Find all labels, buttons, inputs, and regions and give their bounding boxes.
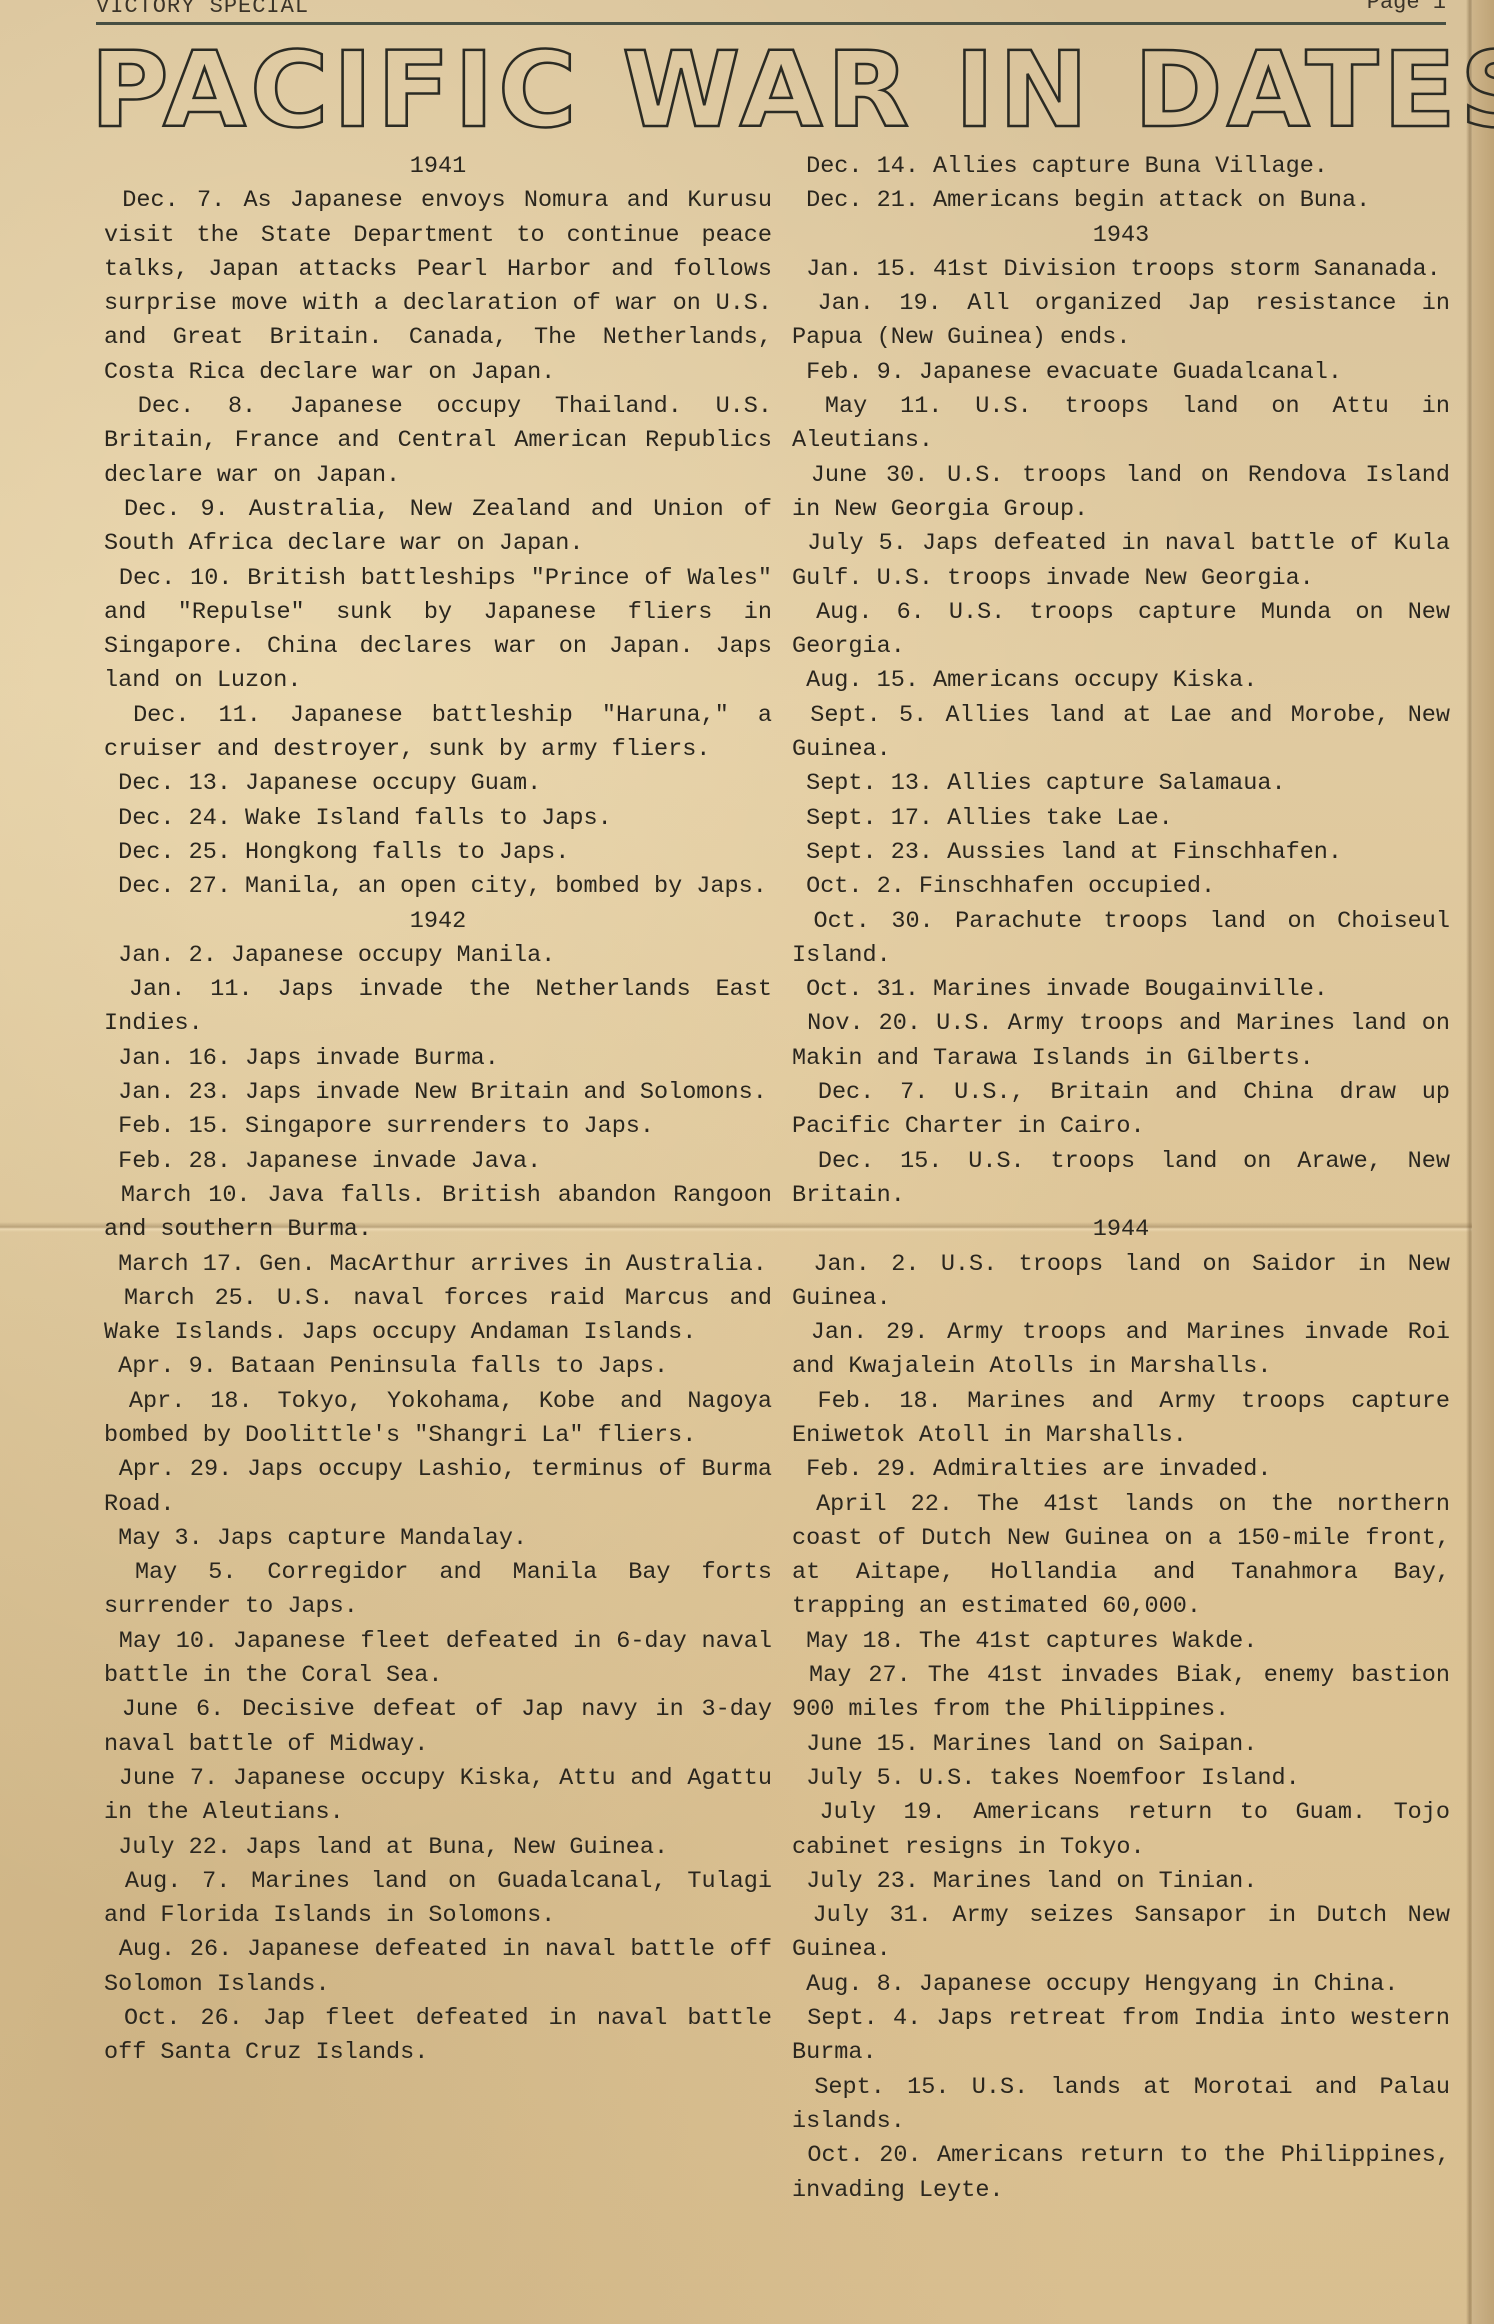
entry-text: Allies capture Salamaua. <box>947 770 1285 797</box>
entry-text: Gen. MacArthur arrives in Australia. <box>259 1251 767 1278</box>
entry-date: Jan. 2. <box>104 942 231 969</box>
timeline-entry: May 18. The 41st captures Wakde. <box>792 1625 1450 1659</box>
left-column: 1941 Dec. 7. As Japanese envoys Nomura a… <box>104 150 772 2071</box>
timeline-entry: May 5. Corregidor and Manila Bay forts s… <box>104 1556 772 1625</box>
timeline-entry: July 5. U.S. takes Noemfoor Island. <box>792 1762 1450 1796</box>
timeline-entry: March 25. U.S. naval forces raid Marcus … <box>104 1282 772 1351</box>
timeline-entry: Jan. 23. Japs invade New Britain and Sol… <box>104 1076 772 1110</box>
entry-date: Oct. 2. <box>792 873 919 900</box>
entry-date: May 11. <box>792 393 975 420</box>
entry-date: Oct. 31. <box>792 976 933 1003</box>
entry-date: Dec. 21. <box>792 187 933 214</box>
masthead: VICTORY SPECIAL Page 1 <box>96 0 1446 24</box>
entry-date: July 5. <box>792 530 922 557</box>
page-title: PACIFIC WAR IN DATES <box>90 30 1450 150</box>
timeline-entry: Oct. 20. Americans return to the Philipp… <box>792 2139 1450 2208</box>
timeline-entry: Feb. 9. Japanese evacuate Guadalcanal. <box>792 356 1450 390</box>
entry-date: March 10. <box>104 1182 267 1209</box>
entry-date: Oct. 30. <box>792 908 955 935</box>
entry-text: Japs invade New Britain and Solomons. <box>245 1079 767 1106</box>
entry-date: Aug. 15. <box>792 667 933 694</box>
entry-date: Apr. 18. <box>104 1388 277 1415</box>
timeline-entry: Apr. 9. Bataan Peninsula falls to Japs. <box>104 1350 772 1384</box>
timeline-entry: May 11. U.S. troops land on Attu in Aleu… <box>792 390 1450 459</box>
entry-date: May 18. <box>792 1628 919 1655</box>
timeline-entry: Oct. 26. Jap fleet defeated in naval bat… <box>104 2002 772 2071</box>
timeline-entry: June 7. Japanese occupy Kiska, Attu and … <box>104 1762 772 1831</box>
timeline-entry: July 19. Americans return to Guam. Tojo … <box>792 1796 1450 1865</box>
entry-date: Feb. 18. <box>792 1388 967 1415</box>
entry-date: Dec. 15. <box>792 1148 968 1175</box>
timeline-entry: Aug. 7. Marines land on Guadalcanal, Tul… <box>104 1865 772 1934</box>
entry-date: Jan. 19. <box>792 290 967 317</box>
timeline-entry: Dec. 7. As Japanese envoys Nomura and Ku… <box>104 184 772 390</box>
timeline-entry: Dec. 24. Wake Island falls to Japs. <box>104 802 772 836</box>
timeline-entry: Sept. 5. Allies land at Lae and Morobe, … <box>792 699 1450 768</box>
entry-text: Hongkong falls to Japs. <box>245 839 569 866</box>
timeline-entry: June 6. Decisive defeat of Jap navy in 3… <box>104 1693 772 1762</box>
entry-date: Feb. 28. <box>104 1148 245 1175</box>
entry-date: Feb. 9. <box>792 359 919 386</box>
timeline-entry: April 22. The 41st lands on the northern… <box>792 1488 1450 1625</box>
timeline-entry: Nov. 20. U.S. Army troops and Marines la… <box>792 1007 1450 1076</box>
timeline-entry: Oct. 31. Marines invade Bougainville. <box>792 973 1450 1007</box>
entry-date: Jan. 11. <box>104 976 277 1003</box>
entry-text: Bataan Peninsula falls to Japs. <box>231 1353 668 1380</box>
timeline-entry: Dec. 9. Australia, New Zealand and Union… <box>104 493 772 562</box>
entry-date: Dec. 27. <box>104 873 245 900</box>
entry-date: May 3. <box>104 1525 217 1552</box>
entry-text: The 41st captures Wakde. <box>919 1628 1257 1655</box>
masthead-rule <box>96 22 1446 25</box>
entry-text: Admiralties are invaded. <box>933 1456 1271 1483</box>
timeline-entry: Feb. 28. Japanese invade Java. <box>104 1145 772 1179</box>
entry-date: Sept. 23. <box>792 839 947 866</box>
entry-date: Jan. 15. <box>792 256 933 283</box>
entry-text: Singapore surrenders to Japs. <box>245 1113 654 1140</box>
entry-date: June 30. <box>792 462 947 489</box>
year-heading: 1942 <box>104 905 772 939</box>
timeline-entry: Sept. 13. Allies capture Salamaua. <box>792 767 1450 801</box>
timeline-entry: Jan. 29. Army troops and Marines invade … <box>792 1316 1450 1385</box>
timeline-entry: Sept. 17. Allies take Lae. <box>792 802 1450 836</box>
entry-text: Japs capture Mandalay. <box>217 1525 527 1552</box>
timeline-entry: May 27. The 41st invades Biak, enemy bas… <box>792 1659 1450 1728</box>
right-column: Dec. 14. Allies capture Buna Village. De… <box>792 150 1450 2208</box>
page-edge <box>1472 0 1494 2324</box>
timeline-entry: Aug. 26. Japanese defeated in naval batt… <box>104 1933 772 2002</box>
entry-text: Wake Island falls to Japs. <box>245 805 612 832</box>
year-heading: 1944 <box>792 1213 1450 1247</box>
timeline-entry: Aug. 6. U.S. troops capture Munda on New… <box>792 596 1450 665</box>
timeline-entry: Aug. 8. Japanese occupy Hengyang in Chin… <box>792 1968 1450 2002</box>
entry-date: Dec. 7. <box>104 187 243 214</box>
entry-date: May 5. <box>104 1559 267 1586</box>
entry-date: July 22. <box>104 1834 245 1861</box>
entry-date: Jan. 23. <box>104 1079 245 1106</box>
entry-text: Americans occupy Kiska. <box>933 667 1257 694</box>
entry-text: Japanese occupy Hengyang in China. <box>919 1971 1398 1998</box>
entry-date: Sept. 5. <box>792 702 946 729</box>
entry-text: 41st Division troops storm Sananada. <box>933 256 1441 283</box>
timeline-entry: March 10. Java falls. British abandon Ra… <box>104 1179 772 1248</box>
entry-date: March 17. <box>104 1251 259 1278</box>
timeline-entry: July 31. Army seizes Sansapor in Dutch N… <box>792 1899 1450 1968</box>
timeline-entry: Jan. 16. Japs invade Burma. <box>104 1042 772 1076</box>
entry-date: Dec. 10. <box>104 565 247 592</box>
timeline-entry: Feb. 29. Admiralties are invaded. <box>792 1453 1450 1487</box>
entry-text: Allies take Lae. <box>947 805 1173 832</box>
entry-date: July 23. <box>792 1868 933 1895</box>
timeline-entry: Feb. 18. Marines and Army troops capture… <box>792 1385 1450 1454</box>
entry-date: Apr. 29. <box>104 1456 247 1483</box>
publication-name: VICTORY SPECIAL <box>96 0 309 19</box>
entry-date: June 6. <box>104 1696 242 1723</box>
page-number: Page 1 <box>1367 0 1446 15</box>
timeline-entry: July 5. Japs defeated in naval battle of… <box>792 527 1450 596</box>
entry-date: Jan. 16. <box>104 1045 245 1072</box>
timeline-entry: June 30. U.S. troops land on Rendova Isl… <box>792 459 1450 528</box>
timeline-entry: Feb. 15. Singapore surrenders to Japs. <box>104 1110 772 1144</box>
entry-text: Japs land at Buna, New Guinea. <box>245 1834 668 1861</box>
entry-date: Aug. 26. <box>104 1936 247 1963</box>
entry-date: Aug. 6. <box>792 599 949 626</box>
entry-date: Dec. 8. <box>104 393 290 420</box>
timeline-entry: May 10. Japanese fleet defeated in 6-day… <box>104 1625 772 1694</box>
entry-date: Dec. 24. <box>104 805 245 832</box>
timeline-entry: Oct. 30. Parachute troops land on Choise… <box>792 905 1450 974</box>
entry-text: Japanese occupy Manila. <box>231 942 555 969</box>
entry-date: Aug. 8. <box>792 1971 919 1998</box>
timeline-entry: Sept. 23. Aussies land at Finschhafen. <box>792 836 1450 870</box>
timeline-entry: June 15. Marines land on Saipan. <box>792 1728 1450 1762</box>
year-heading: 1943 <box>792 219 1450 253</box>
entry-date: Nov. 20. <box>792 1010 936 1037</box>
entry-date: Sept. 13. <box>792 770 947 797</box>
entry-text: Japanese evacuate Guadalcanal. <box>919 359 1342 386</box>
entry-date: Dec. 7. <box>792 1079 954 1106</box>
entry-text: Aussies land at Finschhafen. <box>947 839 1342 866</box>
timeline-entry: Sept. 4. Japs retreat from India into we… <box>792 2002 1450 2071</box>
entry-text: Marines land on Tinian. <box>933 1868 1257 1895</box>
entry-date: July 31. <box>792 1902 952 1929</box>
timeline-entry: July 23. Marines land on Tinian. <box>792 1865 1450 1899</box>
timeline-entry: Jan. 19. All organized Jap resistance in… <box>792 287 1450 356</box>
entry-text: Americans begin attack on Buna. <box>933 187 1370 214</box>
entry-date: June 7. <box>104 1765 233 1792</box>
entry-date: Dec. 25. <box>104 839 245 866</box>
timeline-entry: Sept. 15. U.S. lands at Morotai and Pala… <box>792 2071 1450 2140</box>
timeline-entry: Jan. 15. 41st Division troops storm Sana… <box>792 253 1450 287</box>
timeline-entry: Aug. 15. Americans occupy Kiska. <box>792 664 1450 698</box>
entry-text: Japs invade Burma. <box>245 1045 499 1072</box>
entry-date: Dec. 11. <box>104 702 290 729</box>
entry-date: April 22. <box>792 1491 977 1518</box>
timeline-entry: Jan. 2. U.S. troops land on Saidor in Ne… <box>792 1248 1450 1317</box>
timeline-entry: Jan. 2. Japanese occupy Manila. <box>104 939 772 973</box>
timeline-entry: Dec. 7. U.S., Britain and China draw up … <box>792 1076 1450 1145</box>
timeline-entry: Dec. 25. Hongkong falls to Japs. <box>104 836 772 870</box>
entry-date: Dec. 13. <box>104 770 245 797</box>
entry-date: Dec. 14. <box>792 153 933 180</box>
entry-date: Jan. 2. <box>792 1251 941 1278</box>
timeline-entry: Dec. 15. U.S. troops land on Arawe, New … <box>792 1145 1450 1214</box>
year-heading: 1941 <box>104 150 772 184</box>
timeline-entry: July 22. Japs land at Buna, New Guinea. <box>104 1831 772 1865</box>
timeline-entry: Oct. 2. Finschhafen occupied. <box>792 870 1450 904</box>
entry-text: Japanese occupy Guam. <box>245 770 541 797</box>
entry-date: Dec. 9. <box>104 496 249 523</box>
timeline-entry: Dec. 11. Japanese battleship "Haruna," a… <box>104 699 772 768</box>
entry-text: Japanese invade Java. <box>245 1148 541 1175</box>
timeline-entry: Apr. 18. Tokyo, Yokohama, Kobe and Nagoy… <box>104 1385 772 1454</box>
entry-date: Aug. 7. <box>104 1868 251 1895</box>
entry-date: March 25. <box>104 1285 277 1312</box>
timeline-entry: Dec. 21. Americans begin attack on Buna. <box>792 184 1450 218</box>
entry-text: As Japanese envoys Nomura and Kurusu vis… <box>104 187 772 385</box>
entry-date: Oct. 20. <box>792 2142 937 2169</box>
timeline-entry: Dec. 13. Japanese occupy Guam. <box>104 767 772 801</box>
entry-date: July 5. <box>792 1765 919 1792</box>
entry-date: Oct. 26. <box>104 2005 263 2032</box>
entry-text: Marines land on Saipan. <box>933 1731 1257 1758</box>
entry-date: May 27. <box>792 1662 928 1689</box>
entry-date: Feb. 29. <box>792 1456 933 1483</box>
entry-date: May 10. <box>104 1628 233 1655</box>
entry-date: Feb. 15. <box>104 1113 245 1140</box>
timeline-entry: Apr. 29. Japs occupy Lashio, terminus of… <box>104 1453 772 1522</box>
entry-date: Sept. 4. <box>792 2005 937 2032</box>
entry-text: Manila, an open city, bombed by Japs. <box>245 873 767 900</box>
entry-text: Marines invade Bougainville. <box>933 976 1328 1003</box>
entry-text: Finschhafen occupied. <box>919 873 1215 900</box>
timeline-entry: Dec. 27. Manila, an open city, bombed by… <box>104 870 772 904</box>
entry-text: U.S. takes Noemfoor Island. <box>919 1765 1300 1792</box>
entry-date: Jan. 29. <box>792 1319 947 1346</box>
timeline-entry: Dec. 14. Allies capture Buna Village. <box>792 150 1450 184</box>
entry-date: Apr. 9. <box>104 1353 231 1380</box>
entry-text: Allies capture Buna Village. <box>933 153 1328 180</box>
timeline-entry: Jan. 11. Japs invade the Netherlands Eas… <box>104 973 772 1042</box>
entry-date: Sept. 17. <box>792 805 947 832</box>
entry-date: July 19. <box>792 1799 973 1826</box>
timeline-entry: May 3. Japs capture Mandalay. <box>104 1522 772 1556</box>
timeline-entry: March 17. Gen. MacArthur arrives in Aust… <box>104 1248 772 1282</box>
timeline-entry: Dec. 8. Japanese occupy Thailand. U.S. B… <box>104 390 772 493</box>
entry-date: Sept. 15. <box>792 2074 972 2101</box>
timeline-entry: Dec. 10. British battleships "Prince of … <box>104 562 772 699</box>
entry-date: June 15. <box>792 1731 933 1758</box>
